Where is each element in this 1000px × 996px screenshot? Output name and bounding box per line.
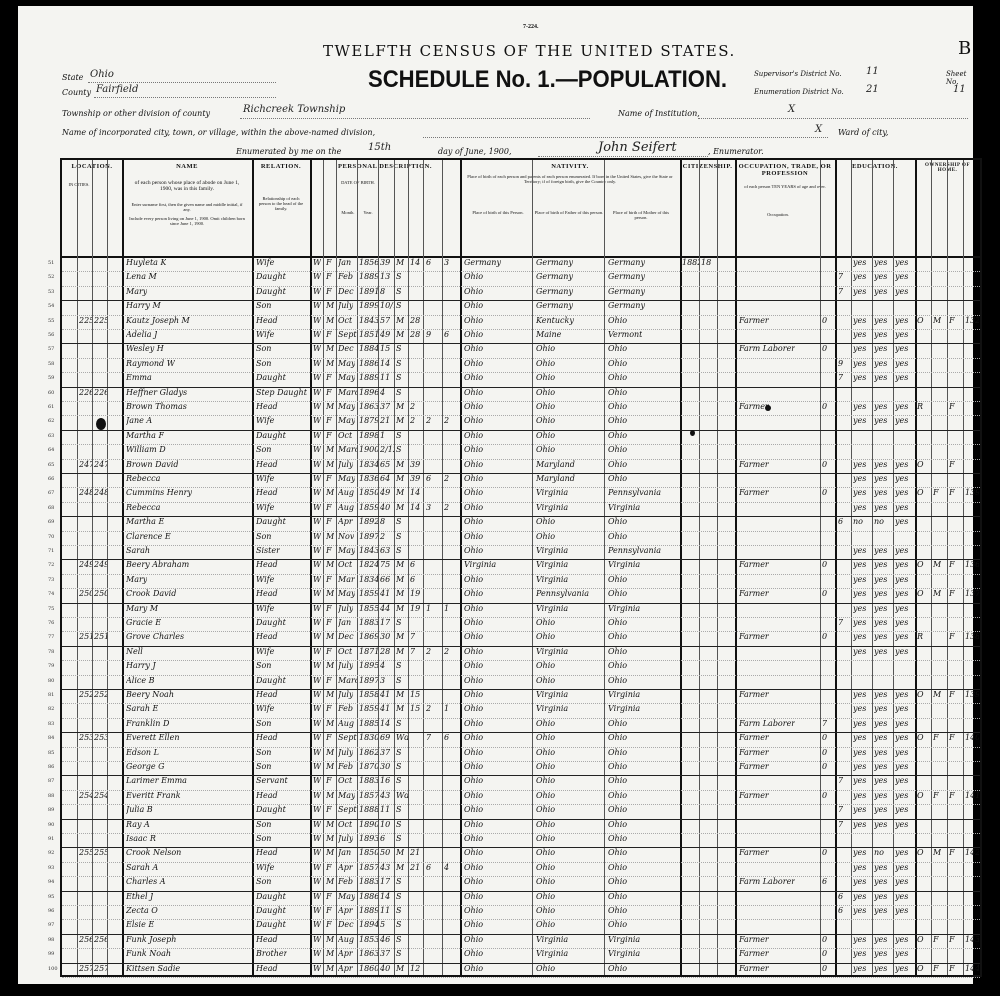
cell-mar: S: [396, 388, 401, 397]
cell-unemp: 0: [822, 560, 827, 569]
cell-sched: 139: [965, 690, 979, 699]
cell-mpob: Ohio: [608, 776, 627, 785]
cell-fpob: Ohio: [536, 791, 555, 800]
table-row: 90Ray ASonWMOct189010SOhioOhioOhio7yesye…: [62, 819, 980, 834]
cell-name: Zecta O: [126, 906, 158, 915]
occupation-desc: of each person TEN YEARS of age and over…: [738, 184, 832, 189]
cell-race: W: [313, 733, 321, 742]
table-row: 56Adelia JWifeWFSept185149M2896OhioMaine…: [62, 329, 980, 344]
cell-write: yes: [874, 272, 887, 281]
cell-mpob: Germany: [608, 287, 645, 296]
cell-born: 3: [426, 503, 431, 512]
cell-born: 2: [426, 647, 431, 656]
cell-name: Sarah A: [126, 863, 158, 872]
cell-rel: Son: [256, 820, 271, 829]
cell-unemp: 0: [822, 344, 827, 353]
cell-read: yes: [853, 546, 866, 555]
cell-name: Funk Joseph: [126, 935, 176, 944]
cell-own: O: [917, 791, 924, 800]
cell-mar: M: [396, 604, 404, 613]
cell-mpob: Ohio: [608, 877, 627, 886]
table-row: 73MaryWifeWFMar183466M6OhioVirginiaOhioy…: [62, 574, 980, 589]
cell-living: 1: [444, 604, 449, 613]
cell-age: 11: [380, 906, 390, 915]
cell-mar: S: [396, 301, 401, 310]
line-number: 97: [48, 922, 54, 928]
cell-mar: S: [396, 546, 401, 555]
ink-blot: [765, 405, 771, 411]
table-row: 55225225Kautz Joseph MHeadWMOct184357M28…: [62, 315, 980, 330]
table-row: 99Funk NoahBrotherWMApr186337SOhioVirgin…: [62, 948, 980, 963]
cell-mar: S: [396, 877, 401, 886]
line-number: 57: [48, 346, 54, 352]
cell-year: 1843: [359, 546, 378, 555]
cell-pob: Ohio: [464, 762, 483, 771]
cell-mar: S: [396, 272, 401, 281]
cell-race: W: [313, 359, 321, 368]
cell-rel: Daught: [256, 676, 286, 685]
cell-free: F: [933, 935, 939, 944]
cell-fpob: Germany: [536, 258, 573, 267]
cell-sex: F: [326, 388, 332, 397]
cell-yrs: 7: [410, 647, 415, 656]
cell-mar: M: [396, 402, 404, 411]
cell-year: 1889: [359, 373, 378, 382]
cell-read: yes: [853, 272, 866, 281]
cell-farm: F: [949, 964, 955, 973]
cell-free: M: [933, 848, 941, 857]
cell-age: 40: [380, 503, 390, 512]
cell-read: yes: [853, 935, 866, 944]
cell-eng: yes: [895, 589, 908, 598]
cell-pob: Ohio: [464, 647, 483, 656]
cell-read: yes: [853, 805, 866, 814]
cell-mar: S: [396, 949, 401, 958]
cell-age: 66: [380, 575, 390, 584]
cell-rel: Son: [256, 762, 271, 771]
cell-month: Apr: [338, 964, 353, 973]
cell-rel: Son: [256, 748, 271, 757]
cell-sex: M: [326, 460, 334, 469]
cell-pob: Ohio: [464, 892, 483, 901]
cell-year: 1850: [359, 488, 378, 497]
cell-age: 11: [380, 373, 390, 382]
cell-read: yes: [853, 762, 866, 771]
cell-year: 1851: [359, 330, 378, 339]
cell-read: yes: [853, 877, 866, 886]
table-row: 82Sarah EWifeWFFeb185941M1521OhioVirgini…: [62, 703, 980, 718]
cell-month: Sept: [338, 805, 357, 814]
cell-fpob: Kentucky: [536, 316, 574, 325]
cell-free: F: [933, 488, 939, 497]
cell-month: Dec: [338, 632, 354, 641]
cell-rel: Wife: [256, 647, 274, 656]
cell-write: yes: [874, 258, 887, 267]
cell-race: W: [313, 892, 321, 901]
cell-sex: M: [326, 532, 334, 541]
cell-write: yes: [874, 820, 887, 829]
cell-school: 6: [838, 906, 843, 915]
cell-fpob: Ohio: [536, 359, 555, 368]
cell-mar: Wd: [396, 791, 408, 800]
cell-year: 1859: [359, 589, 378, 598]
cell-eng: yes: [895, 416, 908, 425]
cell-read: yes: [853, 287, 866, 296]
cell-race: W: [313, 575, 321, 584]
cell-read: yes: [853, 359, 866, 368]
cell-sex: M: [326, 762, 334, 771]
cell-free: M: [933, 589, 941, 598]
cell-name: Martha F: [126, 431, 164, 440]
cell-age: 44: [380, 604, 390, 613]
cell-year: 1885: [359, 719, 378, 728]
cell-occ: Farmer: [739, 632, 769, 641]
cell-pob: Ohio: [464, 632, 483, 641]
cell-pob: Ohio: [464, 359, 483, 368]
cell-race: W: [313, 791, 321, 800]
county-value: Fairfield: [96, 84, 138, 95]
cell-pob: Ohio: [464, 776, 483, 785]
cell-mpob: Germany: [608, 301, 645, 310]
line-number: 65: [48, 462, 54, 468]
cell-rel: Servant: [256, 776, 288, 785]
cell-mar: S: [396, 719, 401, 728]
cell-read: yes: [853, 906, 866, 915]
cell-month: Oct: [338, 820, 352, 829]
name-note2: Include every person living on June 1, 1…: [128, 216, 246, 226]
cell-write: yes: [874, 964, 887, 973]
cell-occ: Farmer: [739, 949, 769, 958]
table-row: 77251251Grove CharlesHeadWMDec186930M7Oh…: [62, 631, 980, 646]
cell-sched: 139: [965, 488, 979, 497]
cell-pob: Ohio: [464, 316, 483, 325]
cell-age: 50: [380, 848, 390, 857]
cell-pob: Ohio: [464, 877, 483, 886]
line-number: 93: [48, 865, 54, 871]
cell-sex: M: [326, 402, 334, 411]
cell-sex: M: [326, 661, 334, 670]
cell-read: yes: [853, 690, 866, 699]
cell-living: 2: [444, 503, 449, 512]
cell-rel: Daught: [256, 431, 286, 440]
cell-year: 1824: [359, 560, 378, 569]
cell-sex: F: [326, 604, 332, 613]
cell-pob: Ohio: [464, 287, 483, 296]
cell-fam: 251: [94, 632, 107, 641]
cell-race: W: [313, 431, 321, 440]
cell-year: 1883: [359, 618, 378, 627]
cell-mar: S: [396, 762, 401, 771]
cell-name: Sarah E: [126, 704, 158, 713]
cell-eng: yes: [895, 805, 908, 814]
cell-age: 41: [380, 589, 390, 598]
cell-mpob: Ohio: [608, 719, 627, 728]
cell-unemp: 0: [822, 748, 827, 757]
cell-pob: Ohio: [464, 301, 483, 310]
cell-age: 37: [380, 402, 390, 411]
cell-month: March: [338, 676, 357, 685]
cell-fpob: Ohio: [536, 848, 555, 857]
cell-occ: Farmer: [739, 589, 769, 598]
cell-farm: F: [949, 460, 955, 469]
cell-race: W: [313, 920, 321, 929]
cell-rel: Wife: [256, 416, 274, 425]
cell-sex: F: [326, 863, 332, 872]
line-number: 69: [48, 519, 54, 525]
cell-eng: yes: [895, 820, 908, 829]
cell-eng: yes: [895, 546, 908, 555]
cell-unemp: 0: [822, 935, 827, 944]
cell-race: W: [313, 460, 321, 469]
cell-dw: 250: [79, 589, 92, 598]
cell-mar: M: [396, 258, 404, 267]
cell-month: May: [338, 546, 355, 555]
cell-yrs: 21: [410, 848, 420, 857]
cell-pob: Ohio: [464, 906, 483, 915]
cell-month: Dec: [338, 287, 354, 296]
cell-free: F: [933, 964, 939, 973]
line-number: 96: [48, 908, 54, 914]
cell-unemp: 6: [822, 877, 827, 886]
cell-year: 1892: [359, 517, 378, 526]
cell-rel: Head: [256, 848, 278, 857]
cell-sex: F: [326, 330, 332, 339]
cell-write: yes: [874, 287, 887, 296]
cell-farm: F: [949, 935, 955, 944]
township-label: Township or other division of county: [62, 109, 210, 118]
line-number: 80: [48, 678, 54, 684]
line-number: 94: [48, 879, 54, 885]
cell-race: W: [313, 632, 321, 641]
cell-year: 1843: [359, 316, 378, 325]
line-number: 64: [48, 447, 54, 453]
line-number: 99: [48, 951, 54, 957]
cell-pob: Ohio: [464, 676, 483, 685]
cell-write: yes: [874, 359, 887, 368]
cell-race: W: [313, 474, 321, 483]
cell-race: W: [313, 560, 321, 569]
cell-unemp: 0: [822, 460, 827, 469]
cell-age: 57: [380, 316, 390, 325]
line-number: 61: [48, 404, 54, 410]
cell-sex: F: [326, 431, 332, 440]
cell-dw: 247: [79, 460, 92, 469]
cell-occ: Farmer: [739, 935, 769, 944]
cell-month: Jan: [338, 258, 351, 267]
cell-sex: F: [326, 920, 332, 929]
cell-occ: Farmer: [739, 848, 769, 857]
cell-mar: M: [396, 704, 404, 713]
cell-race: W: [313, 532, 321, 541]
birth-header: DATE OF BIRTH.: [338, 180, 378, 185]
cell-fam: 249: [94, 560, 107, 569]
enumeration-label: Enumeration District No.: [754, 88, 844, 96]
table-row: 51Huyleta KWifeWFJan185639M1463GermanyGe…: [62, 257, 980, 272]
cell-fpob: Virginia: [536, 647, 568, 656]
cell-yrs: 19: [410, 589, 420, 598]
cell-eng: yes: [895, 359, 908, 368]
cell-rel: Head: [256, 935, 278, 944]
cell-yrs: 14: [410, 488, 420, 497]
cell-free: M: [933, 690, 941, 699]
cell-name: Isaac R: [126, 834, 156, 843]
cell-free: F: [933, 733, 939, 742]
cell-fam: 256: [94, 935, 107, 944]
cell-mpob: Ohio: [608, 373, 627, 382]
cell-eng: yes: [895, 704, 908, 713]
cell-write: yes: [874, 474, 887, 483]
cell-unemp: 0: [822, 488, 827, 497]
form-number: 7-224.: [523, 24, 539, 30]
cell-fpob: Ohio: [536, 863, 555, 872]
cell-age: 69: [380, 733, 390, 742]
cell-race: W: [313, 877, 321, 886]
county-label: County: [62, 88, 91, 97]
cell-year: 1862: [359, 748, 378, 757]
cell-rel: Wife: [256, 474, 274, 483]
cell-month: May: [338, 589, 355, 598]
cell-age: 37: [380, 748, 390, 757]
cell-rel: Wife: [256, 330, 274, 339]
cell-sched: 143: [965, 935, 979, 944]
cell-year: 1899: [359, 301, 378, 310]
cell-month: July: [338, 301, 353, 310]
cell-mpob: Ohio: [608, 647, 627, 656]
cell-age: 8: [380, 287, 385, 296]
cell-mar: S: [396, 373, 401, 382]
cell-pob: Ohio: [464, 402, 483, 411]
table-row: 69Martha EDaughtWFApr18928SOhioOhioOhio6…: [62, 516, 980, 531]
cell-name: Kittsen Sadie: [126, 964, 180, 973]
cell-pob: Ohio: [464, 964, 483, 973]
cell-sex: F: [326, 503, 332, 512]
cell-month: Feb: [338, 877, 353, 886]
cell-rel: Son: [256, 532, 271, 541]
cell-eng: yes: [895, 791, 908, 800]
cell-rel: Son: [256, 301, 271, 310]
cell-free: M: [933, 560, 941, 569]
cell-pob: Ohio: [464, 704, 483, 713]
cell-year: 1898: [359, 431, 378, 440]
cell-dw: 226: [79, 388, 92, 397]
cell-race: W: [313, 805, 321, 814]
cell-month: Jan: [338, 618, 351, 627]
cell-sex: M: [326, 820, 334, 829]
cell-month: Aug: [338, 503, 354, 512]
cell-year: 1886: [359, 892, 378, 901]
cell-month: Mar: [338, 575, 355, 584]
cell-fam: 248: [94, 488, 107, 497]
table-row: 62Jane AWifeWFMay187921M222OhioOhioOhioy…: [62, 415, 980, 430]
cell-age: 11: [380, 805, 390, 814]
cell-dw: 248: [79, 488, 92, 497]
cell-mar: M: [396, 316, 404, 325]
cell-sex: M: [326, 748, 334, 757]
cell-age: 40: [380, 964, 390, 973]
cell-mpob: Ohio: [608, 632, 627, 641]
cell-age: 6: [380, 834, 385, 843]
cell-name: Beery Abraham: [126, 560, 189, 569]
table-row: 66RebeccaWifeWFMay183664M3962OhioMarylan…: [62, 473, 980, 488]
cell-eng: yes: [895, 848, 908, 857]
cell-fpob: Virginia: [536, 503, 568, 512]
cell-mpob: Ohio: [608, 906, 627, 915]
cell-fam: 255: [94, 848, 107, 857]
cell-year: 1883: [359, 877, 378, 886]
cell-free: F: [933, 791, 939, 800]
cell-race: W: [313, 647, 321, 656]
cell-farm: F: [949, 316, 955, 325]
cell-sex: F: [326, 517, 332, 526]
cell-write: yes: [874, 877, 887, 886]
line-number: 95: [48, 894, 54, 900]
cell-name: Elsie E: [126, 920, 154, 929]
cell-own: O: [917, 560, 924, 569]
cell-year: 1859: [359, 704, 378, 713]
cell-fpob: Ohio: [536, 661, 555, 670]
cell-year: 1863: [359, 949, 378, 958]
cell-rel: Son: [256, 445, 271, 454]
cell-rel: Daught: [256, 892, 286, 901]
cell-month: March: [338, 388, 357, 397]
cell-mpob: Vermont: [608, 330, 642, 339]
cell-sex: F: [326, 892, 332, 901]
cell-eng: yes: [895, 618, 908, 627]
cell-name: George G: [126, 762, 165, 771]
cell-eng: yes: [895, 560, 908, 569]
table-row: 84253253Everett EllenHeadWFSept183069Wd7…: [62, 732, 980, 747]
cell-yrs: 28: [410, 316, 420, 325]
cell-race: W: [313, 488, 321, 497]
cell-fpob: Ohio: [536, 719, 555, 728]
cell-rel: Step Daught: [256, 388, 307, 397]
cell-month: Sept: [338, 330, 357, 339]
cell-own: O: [917, 964, 924, 973]
cell-name: Julia B: [126, 805, 153, 814]
cell-rel: Head: [256, 791, 278, 800]
cell-write: yes: [874, 402, 887, 411]
cell-eng: yes: [895, 604, 908, 613]
cell-race: W: [313, 330, 321, 339]
group-education: EDUCATION.: [835, 163, 915, 170]
cell-month: Apr: [338, 517, 353, 526]
cell-read: yes: [853, 258, 866, 267]
cell-race: W: [313, 503, 321, 512]
cell-mar: M: [396, 330, 404, 339]
cell-imm: 1882: [682, 258, 699, 267]
cell-age: 14: [380, 359, 390, 368]
cell-eng: yes: [895, 272, 908, 281]
cell-sched: 141: [965, 791, 979, 800]
table-row: 59EmmaDaughtWFMay188911SOhioOhioOhio7yes…: [62, 372, 980, 387]
cell-write: yes: [874, 460, 887, 469]
cell-pob: Ohio: [464, 416, 483, 425]
cell-write: yes: [874, 575, 887, 584]
cell-race: W: [313, 344, 321, 353]
cell-read: yes: [853, 632, 866, 641]
cell-occ: Farmer: [739, 791, 769, 800]
cell-name: Huyleta K: [126, 258, 166, 267]
cell-eng: yes: [895, 647, 908, 656]
table-row: 72249249Beery AbrahamHeadWMOct182475M6Vi…: [62, 559, 980, 574]
cell-mar: S: [396, 920, 401, 929]
nativity-desc: Place of birth of each person and parent…: [464, 174, 676, 184]
cell-race: W: [313, 618, 321, 627]
cell-own: O: [917, 589, 924, 598]
line-number: 68: [48, 505, 54, 511]
cell-fpob: Ohio: [536, 733, 555, 742]
cell-rel: Daught: [256, 517, 286, 526]
